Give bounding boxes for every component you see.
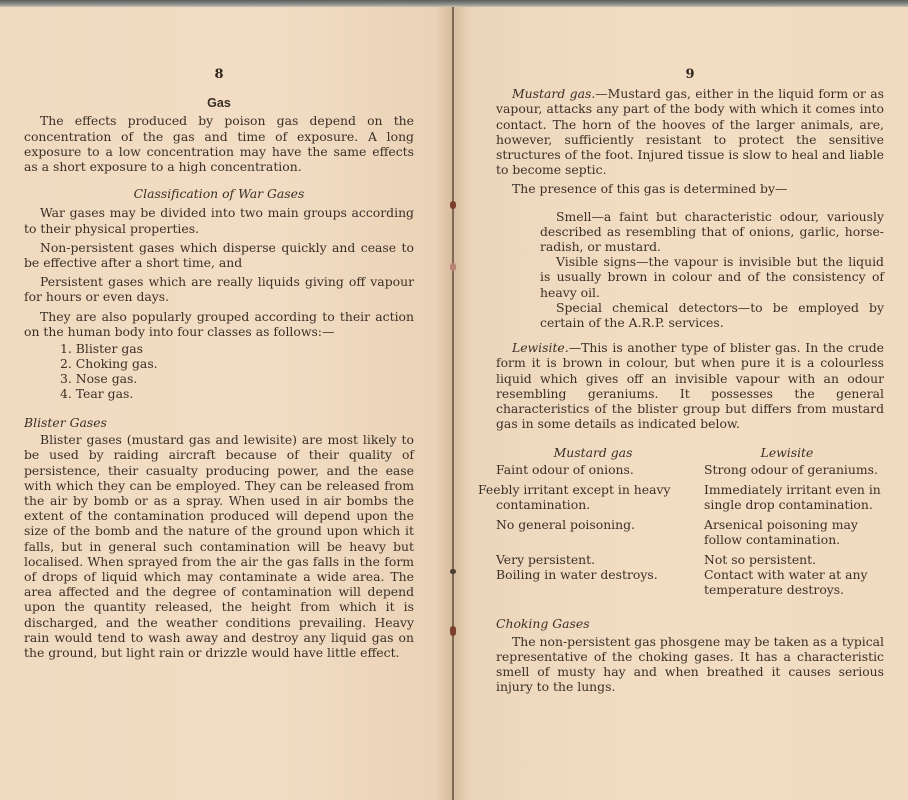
page-number: 9 xyxy=(496,67,884,82)
table-cell: Arsenical poisoning may follow contamina… xyxy=(690,517,884,552)
detection-item: Special chemical detectors—to be employe… xyxy=(540,300,884,330)
column-header: Lewisite xyxy=(690,445,884,462)
detection-methods: Smell—a faint but characteristic odour, … xyxy=(540,209,884,331)
choking-gases-paragraph: The non-persistent gas phosgene may be t… xyxy=(496,634,884,695)
paragraph: Persistent gases which are really liquid… xyxy=(24,274,414,304)
intro-paragraph: The effects produced by poison gas depen… xyxy=(24,113,414,174)
comparison-table: Mustard gas Lewisite Faint odour of onio… xyxy=(496,445,884,602)
right-page-content: 9 Mustard gas.—Mustard gas, either in th… xyxy=(496,67,884,698)
staple-mark xyxy=(450,569,456,574)
column-header: Mustard gas xyxy=(496,445,690,462)
table-row: Faint odour of onions. Strong odour of g… xyxy=(496,462,884,482)
mustard-gas-paragraph: Mustard gas.—Mustard gas, either in the … xyxy=(496,86,884,177)
table-cell: Strong odour of geraniums. xyxy=(690,462,884,482)
table-row: Boiling in water destroys. Contact with … xyxy=(496,567,884,602)
table-row: No general poisoning. Arsenical poisonin… xyxy=(496,517,884,552)
section-heading-classification: Classification of War Gases xyxy=(24,186,414,201)
presence-paragraph: The presence of this gas is determined b… xyxy=(496,181,884,196)
lewisite-paragraph: Lewisite.—This is another type of bliste… xyxy=(496,340,884,431)
book-top-edge xyxy=(0,0,908,7)
table-cell: Not so persistent. xyxy=(690,552,884,567)
paragraph: Non-persistent gases which disperse quic… xyxy=(24,240,414,270)
staple-mark xyxy=(450,201,456,209)
list-item: 4. Tear gas. xyxy=(60,386,414,401)
blister-gases-paragraph: Blister gases (mustard gas and lewisite)… xyxy=(24,432,414,660)
list-item: 3. Nose gas. xyxy=(60,371,414,386)
table-cell: Immediately irritant even in single drop… xyxy=(690,482,884,517)
book-spine xyxy=(452,7,454,800)
run-in-heading: Mustard gas. xyxy=(512,86,595,101)
detection-item: Smell—a faint but characteristic odour, … xyxy=(540,209,884,255)
section-heading-blister-gases: Blister Gases xyxy=(24,415,414,430)
left-page: 8 Gas The effects produced by poison gas… xyxy=(0,7,453,800)
table-cell: No general poisoning. xyxy=(496,517,690,552)
paragraph: War gases may be divided into two main g… xyxy=(24,205,414,235)
list-item: 2. Choking gas. xyxy=(60,356,414,371)
left-page-content: 8 Gas The effects produced by poison gas… xyxy=(24,67,414,664)
staple-mark xyxy=(450,626,456,636)
detection-item: Visible signs—the vapour is invisible bu… xyxy=(540,254,884,300)
list-item: 1. Blister gas xyxy=(60,341,414,356)
page-number: 8 xyxy=(24,67,414,82)
section-heading-choking-gases: Choking Gases xyxy=(496,616,884,631)
table-cell: Boiling in water destroys. xyxy=(496,567,690,602)
run-in-heading: Lewisite. xyxy=(512,340,569,355)
gas-classes-list: 1. Blister gas 2. Choking gas. 3. Nose g… xyxy=(60,341,414,401)
right-page: 9 Mustard gas.—Mustard gas, either in th… xyxy=(454,7,908,800)
page-title: Gas xyxy=(24,96,414,111)
table-cell: Feebly irritant except in heavy contamin… xyxy=(496,482,690,517)
table-cell: Faint odour of onions. xyxy=(496,462,690,482)
table-row: Feebly irritant except in heavy contamin… xyxy=(496,482,884,517)
table-cell: Contact with water at any temperature de… xyxy=(690,567,884,602)
table-row: Very persistent. Not so persistent. xyxy=(496,552,884,567)
paragraph: They are also popularly grouped accordin… xyxy=(24,309,414,339)
staple-mark xyxy=(450,263,456,271)
table-cell: Very persistent. xyxy=(496,552,690,567)
